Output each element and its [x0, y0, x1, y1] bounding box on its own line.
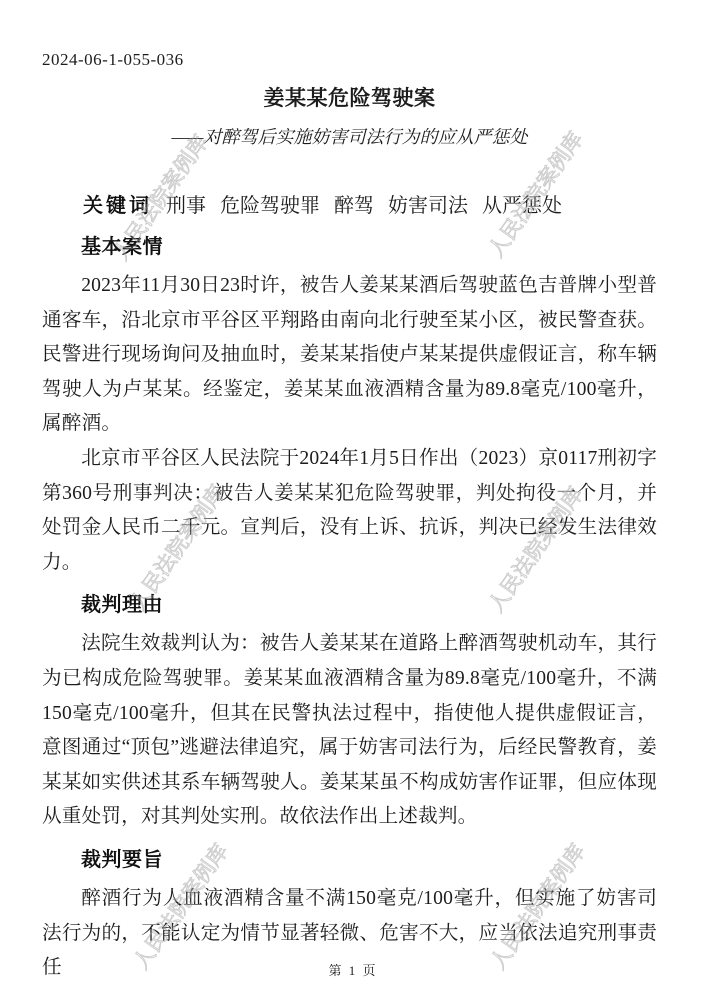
keyword-item: 刑事	[166, 195, 206, 217]
page-number: 第 1 页	[0, 960, 706, 979]
document-body: 关键词刑事危险驾驶罪醉驾妨害司法从严惩处 基本案情 2023年11月30日23时…	[42, 192, 657, 986]
page-subtitle: ——对醉驾后实施妨害司法行为的应从严惩处	[42, 125, 657, 149]
keywords-line: 关键词刑事危险驾驶罪醉驾妨害司法从严惩处	[42, 192, 657, 221]
body-paragraph: 北京市平谷区人民法院于2024年1月5日作出（2023）京0117刑初字第360…	[42, 442, 657, 580]
case-number: 2024-06-1-055-036	[42, 50, 657, 70]
body-paragraph: 法院生效裁判认为：被告人姜某某在道路上醉酒驾驶机动车，其行为已构成危险驾驶罪。姜…	[42, 627, 657, 835]
keyword-item: 危险驾驶罪	[220, 195, 320, 217]
keyword-item: 从严惩处	[482, 195, 562, 217]
keyword-item: 醉驾	[334, 195, 374, 217]
page-title: 姜某某危险驾驶案	[42, 85, 657, 112]
section-basic-facts: 基本案情 2023年11月30日23时许，被告人姜某某酒后驾驶蓝色吉普牌小型普通…	[42, 234, 657, 580]
keyword-item: 妨害司法	[388, 195, 468, 217]
body-paragraph: 2023年11月30日23时许，被告人姜某某酒后驾驶蓝色吉普牌小型普通客车，沿北…	[42, 269, 657, 442]
document-page: 人民法院案例库 人民法院案例库 人民法院案例库 人民法院案例库 人民法院案例库 …	[0, 0, 706, 999]
section-judgment-reasons: 裁判理由 法院生效裁判认为：被告人姜某某在道路上醉酒驾驶机动车，其行为已构成危险…	[42, 592, 657, 835]
section-heading: 基本案情	[81, 234, 657, 260]
document-header: 2024-06-1-055-036 姜某某危险驾驶案 ——对醉驾后实施妨害司法行…	[42, 50, 657, 149]
section-heading: 裁判理由	[81, 592, 657, 618]
keywords-label: 关键词	[83, 195, 152, 217]
section-heading: 裁判要旨	[81, 847, 657, 873]
